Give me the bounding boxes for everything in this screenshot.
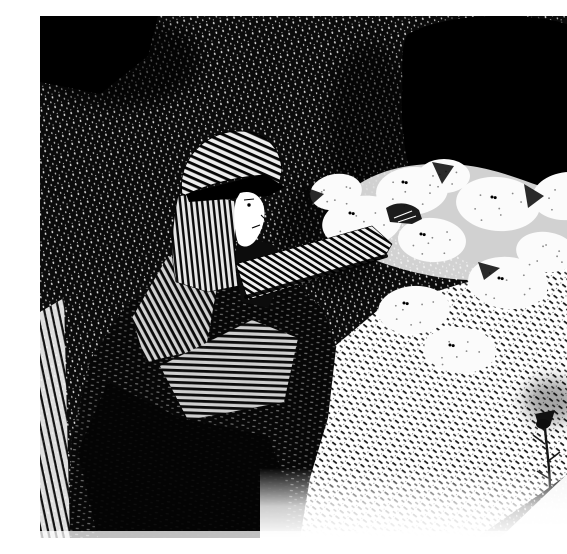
- fleece-stipple: [346, 203, 348, 205]
- fleece-stipple: [442, 364, 444, 366]
- sheep-eye: [406, 302, 409, 305]
- fleece-stipple: [485, 294, 487, 296]
- fleece-stipple: [413, 245, 415, 247]
- fleece-stipple: [421, 253, 423, 255]
- sapling-base-clump: [536, 419, 550, 429]
- fleece-stipple: [448, 341, 450, 343]
- fleece-stipple: [363, 221, 365, 223]
- fleece-stipple: [392, 181, 394, 183]
- fleece-stipple: [432, 175, 434, 177]
- fleece-stipple: [383, 224, 385, 226]
- fleece-stipple: [422, 203, 424, 205]
- fleece-stipple: [410, 324, 412, 326]
- sheep-eye: [349, 212, 352, 215]
- fleece-stipple: [456, 356, 458, 358]
- fleece-stipple: [395, 305, 397, 307]
- fleece-stipple: [323, 189, 325, 191]
- fleece-stipple: [548, 197, 550, 199]
- sheep-eye: [494, 196, 497, 199]
- sheep-eye: [403, 302, 406, 305]
- fleece-stipple: [374, 212, 376, 214]
- fleece-stipple: [429, 184, 431, 186]
- fleece-stipple: [520, 201, 522, 203]
- sheep-eye: [420, 233, 423, 236]
- fleece-stipple: [427, 242, 429, 244]
- fleece-stipple: [529, 288, 531, 290]
- fleece-stipple: [478, 351, 480, 353]
- fleece-stipple: [524, 294, 526, 296]
- fleece-stipple: [474, 208, 476, 210]
- sheep-eye: [352, 212, 355, 215]
- fleece-stipple: [346, 186, 348, 188]
- fleece-stipple: [466, 350, 468, 352]
- fleece-stipple: [451, 183, 453, 185]
- fleece-stipple: [396, 318, 398, 320]
- fleece-stipple: [481, 219, 483, 221]
- fleece-stipple: [493, 297, 495, 299]
- fleece-stipple: [402, 309, 404, 311]
- fleece-stipple: [551, 209, 553, 211]
- fleece-stipple: [467, 341, 469, 343]
- sheep-eye: [491, 196, 494, 199]
- fleece-stipple: [429, 192, 431, 194]
- sheep-eye: [452, 344, 455, 347]
- fleece-stipple: [392, 198, 394, 200]
- fleece-stipple: [480, 194, 482, 196]
- fleece-stipple: [421, 304, 423, 306]
- fleece-stipple: [536, 260, 538, 262]
- fleece-stipple: [334, 199, 336, 201]
- bottom-strip-fade: [40, 531, 567, 538]
- fleece-stipple: [512, 193, 514, 195]
- fleece-stipple: [506, 279, 508, 281]
- veil: [172, 195, 238, 292]
- fleece-stipple: [446, 231, 448, 233]
- fleece-stipple: [419, 322, 421, 324]
- fleece-stipple: [558, 250, 560, 252]
- sheep-eye: [402, 181, 405, 184]
- face-eye: [247, 203, 250, 206]
- fleece-stipple: [431, 237, 433, 239]
- fleece-stipple: [498, 208, 500, 210]
- fleece-stipple: [456, 172, 458, 174]
- sheep-eye: [405, 181, 408, 184]
- engraving-illustration: [40, 16, 567, 538]
- sheep-eye: [449, 344, 452, 347]
- fleece-stipple: [554, 189, 556, 191]
- fleece-stipple: [561, 261, 563, 263]
- sheep-eye: [498, 277, 501, 280]
- fleece-stipple: [355, 215, 357, 217]
- sheep-eye: [423, 233, 426, 236]
- fleece-stipple: [432, 301, 434, 303]
- fleece-stipple: [326, 201, 328, 203]
- sheep-eye: [501, 277, 504, 280]
- fleece-stipple: [321, 191, 323, 193]
- fleece-stipple: [404, 191, 406, 193]
- fleece-stipple: [441, 357, 443, 359]
- fleece-stipple: [542, 245, 544, 247]
- fleece-stipple: [339, 231, 341, 233]
- fleece-stipple: [449, 239, 451, 241]
- fleece-stipple: [529, 264, 531, 266]
- fleece-stipple: [545, 244, 547, 246]
- fleece-stipple: [523, 274, 525, 276]
- fleece-stipple: [500, 214, 502, 216]
- fleece-stipple: [349, 187, 351, 189]
- fleece-stipple: [443, 252, 445, 254]
- fleece-stipple: [437, 186, 439, 188]
- engraving-canvas: [40, 16, 567, 538]
- fleece-stipple: [556, 255, 558, 257]
